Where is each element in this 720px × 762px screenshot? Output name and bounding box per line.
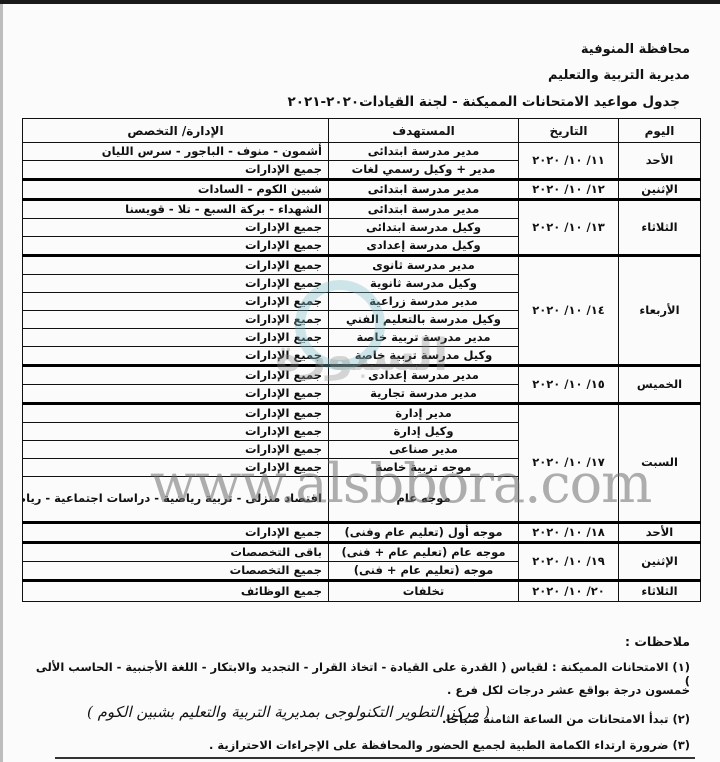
target-cell: مدير مدرسة ابتدائى <box>329 200 519 219</box>
scan-top-edge <box>0 0 720 4</box>
target-cell: مدير إدارة <box>329 404 519 423</box>
day-cell: الأحد <box>619 523 701 543</box>
day-cell: الإثنين <box>619 543 701 581</box>
target-cell: وكيل مدرسة ابتدائى <box>329 219 519 237</box>
document-title: جدول مواعيد الامتحانات المميكنة - لجنة ا… <box>200 94 680 110</box>
target-cell: وكيل مدرسة بالتعليم الفني <box>329 311 519 329</box>
department-cell: جميع الإدارات <box>23 404 329 423</box>
table-row: الخميس ١٥/ ١٠/ ٢٠٢٠ مدير مدرسة إعدادى جم… <box>23 366 701 385</box>
department-cell: جميع التخصصات <box>23 562 329 581</box>
target-cell: وكيل إدارة <box>329 423 519 441</box>
department-cell: باقى التخصصات <box>23 543 329 562</box>
target-cell: مدير مدرسة تربية خاصة <box>329 329 519 347</box>
department-cell: شبين الكوم - السادات <box>23 180 329 200</box>
handwritten-annotation: ( مركز التطوير التكنولوجى بمديرية التربي… <box>20 703 490 721</box>
department-cell: جميع الإدارات <box>23 441 329 459</box>
department-cell: جميع الإدارات <box>23 161 329 180</box>
column-header-department: الإدارة/ التخصص <box>23 119 329 143</box>
target-cell: مدير مدرسة ابتدائى <box>329 143 519 161</box>
department-cell: جميع الإدارات <box>23 237 329 256</box>
day-cell: السبت <box>619 404 701 523</box>
column-header-day: اليوم <box>619 119 701 143</box>
table-row: الأحد ١١/ ١٠/ ٢٠٢٠ مدير مدرسة ابتدائى أش… <box>23 143 701 161</box>
target-cell: موجه أول (تعليم عام وفنى) <box>329 523 519 543</box>
day-cell: الأربعاء <box>619 256 701 366</box>
department-cell: جميع الإدارات <box>23 219 329 237</box>
department-cell: جميع الإدارات <box>23 311 329 329</box>
date-cell: ١٨/ ١٠/ ٢٠٢٠ <box>519 523 619 543</box>
department-cell: جميع الوظائف <box>23 581 329 602</box>
target-cell: مدير مدرسة تجارية <box>329 385 519 404</box>
target-cell: موجه عام (تعليم عام + فنى) <box>329 543 519 562</box>
department-cell: جميع الإدارات <box>23 423 329 441</box>
date-cell: ١٧/ ١٠/ ٢٠٢٠ <box>519 404 619 523</box>
department-cell: جميع الإدارات <box>23 385 329 404</box>
target-cell: مدير مدرسة زراعية <box>329 293 519 311</box>
table-row: الإثنين ١٢/ ١٠/ ٢٠٢٠ مدير مدرسة ابتدائى … <box>23 180 701 200</box>
department-cell: جميع الإدارات <box>23 523 329 543</box>
table-row: السبت ١٧/ ١٠/ ٢٠٢٠ مدير إدارة جميع الإدا… <box>23 404 701 423</box>
notes-heading: ملاحظات : <box>30 634 690 649</box>
day-cell: الثلاثاء <box>619 200 701 256</box>
target-cell: موجه (تعليم عام + فنى) <box>329 562 519 581</box>
day-cell: الإثنين <box>619 180 701 200</box>
target-cell: موجه عام <box>329 477 519 523</box>
target-cell: مدير مدرسة إعدادى <box>329 366 519 385</box>
table-row: الإثنين ١٩/ ١٠/ ٢٠٢٠ موجه عام (تعليم عام… <box>23 543 701 562</box>
target-cell: وكيل مدرسة تربية خاصة <box>329 347 519 366</box>
note-item-3: (٣) ضرورة ارتداء الكمامة الطبية لجميع ال… <box>30 738 690 752</box>
date-cell: ١٢/ ١٠/ ٢٠٢٠ <box>519 180 619 200</box>
table-row: الثلاثاء ٢٠/ ١٠/ ٢٠٢٠ تخلفات جميع الوظائ… <box>23 581 701 602</box>
date-cell: ١٣/ ١٠/ ٢٠٢٠ <box>519 200 619 256</box>
date-cell: ١١/ ١٠/ ٢٠٢٠ <box>519 143 619 180</box>
date-cell: ٢٠/ ١٠/ ٢٠٢٠ <box>519 581 619 602</box>
day-cell: الخميس <box>619 366 701 404</box>
day-cell: الأحد <box>619 143 701 180</box>
target-cell: مدير مدرسة ثانوى <box>329 256 519 275</box>
target-cell: مدير مدرسة ابتدائى <box>329 180 519 200</box>
department-cell: جميع الإدارات <box>23 459 329 477</box>
target-cell: تخلفات <box>329 581 519 602</box>
bottom-divider <box>55 757 695 759</box>
target-cell: مدير صناعى <box>329 441 519 459</box>
table-header-row: اليوم التاريخ المستهدف الإدارة/ التخصص <box>23 119 701 143</box>
scan-left-edge <box>0 4 3 762</box>
day-cell: الثلاثاء <box>619 581 701 602</box>
department-cell: جميع الإدارات <box>23 347 329 366</box>
department-cell: اقتصاد منزلى - تربية رياضية - دراسات اجت… <box>23 477 329 523</box>
date-cell: ١٥/ ١٠/ ٢٠٢٠ <box>519 366 619 404</box>
department-cell: جميع الإدارات <box>23 329 329 347</box>
governorate-label: محافظة المنوفية <box>581 42 690 57</box>
target-cell: وكيل مدرسة إعدادى <box>329 237 519 256</box>
directorate-label: مديرية التربية والتعليم <box>548 68 690 83</box>
department-cell: جميع الإدارات <box>23 256 329 275</box>
table-row: الثلاثاء ١٣/ ١٠/ ٢٠٢٠ مدير مدرسة ابتدائى… <box>23 200 701 219</box>
date-cell: ١٤/ ١٠/ ٢٠٢٠ <box>519 256 619 366</box>
department-cell: جميع الإدارات <box>23 366 329 385</box>
exam-schedule-table: اليوم التاريخ المستهدف الإدارة/ التخصص ا… <box>22 118 701 602</box>
table-row: الأحد ١٨/ ١٠/ ٢٠٢٠ موجه أول (تعليم عام و… <box>23 523 701 543</box>
target-cell: موجه تربية خاصة <box>329 459 519 477</box>
department-cell: أشمون - منوف - الباجور - سرس الليان <box>23 143 329 161</box>
date-cell: ١٩/ ١٠/ ٢٠٢٠ <box>519 543 619 581</box>
column-header-target: المستهدف <box>329 119 519 143</box>
department-cell: الشهداء - بركة السبع - تلا - قويسنا <box>23 200 329 219</box>
note-item-1-continued: خمسون درجة بواقع عشر درجات لكل فرع . <box>30 683 690 697</box>
department-cell: جميع الإدارات <box>23 293 329 311</box>
column-header-date: التاريخ <box>519 119 619 143</box>
target-cell: وكيل مدرسة ثانوية <box>329 275 519 293</box>
table-row: الأربعاء ١٤/ ١٠/ ٢٠٢٠ مدير مدرسة ثانوى ج… <box>23 256 701 275</box>
target-cell: مدير + وكيل رسمي لغات <box>329 161 519 180</box>
department-cell: جميع الإدارات <box>23 275 329 293</box>
